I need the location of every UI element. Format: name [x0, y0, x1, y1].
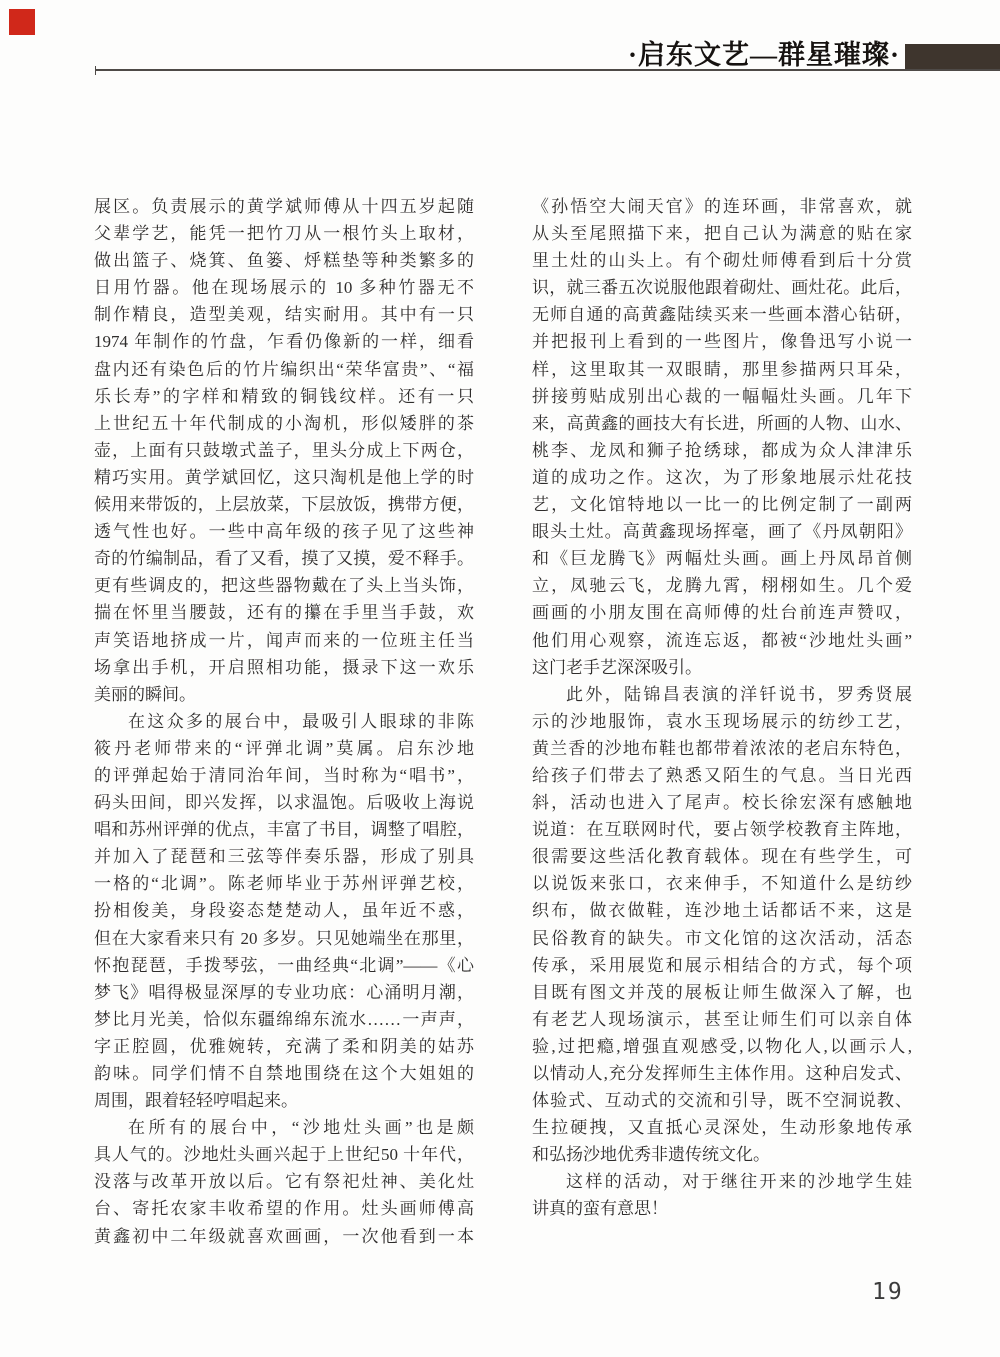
text-line: 讲真的蛮有意思！	[532, 1195, 912, 1222]
text-line: 制作精良，造型美观，结实耐用。其中有一只	[94, 301, 474, 328]
text-line: 拼接剪贴成别出心裁的一幅幅灶头画。几年下	[532, 383, 912, 410]
text-line: 识，就三番五次说服他跟着砌灶、画灶花。此后，	[532, 274, 912, 301]
header-corner-block	[905, 44, 1000, 70]
text-line: 梦飞》唱得极显深厚的专业功底：心涌明月潮，	[94, 979, 474, 1006]
text-line: 艺，文化馆特地以一比一的比例定制了一副两	[532, 491, 912, 518]
text-line: 道的成功之作。这次，为了形象地展示灶花技	[532, 464, 912, 491]
text-line: 奇的竹编制品，看了又看，摸了又摸，爱不释手。	[94, 545, 474, 572]
text-column-right: 《孙悟空大闹天官》的连环画，非常喜欢，就从头至尾照描下来，把自己认为满意的贴在家…	[532, 193, 912, 1223]
text-line: 生拉硬拽，又直抵心灵深处，生动形象地传承	[532, 1114, 912, 1141]
text-line: 斜，活动也进入了尾声。校长徐宏深有感触地	[532, 789, 912, 816]
text-line: 并加入了琵琶和三弦等伴奏乐器，形成了别具	[94, 843, 474, 870]
header-rule-line	[95, 69, 1000, 71]
text-line: 样，这里取其一双眼睛，那里参描两只耳朵，	[532, 356, 912, 383]
text-line: 在所有的展台中，“沙地灶头画”也是颇	[94, 1114, 474, 1141]
text-line: 织布，做衣做鞋，连沙地土话都话不来，这是	[532, 897, 912, 924]
text-line: 《孙悟空大闹天官》的连环画，非常喜欢，就	[532, 193, 912, 220]
page-header-title: ·启东文艺—群星璀璨·	[90, 33, 900, 72]
text-line: 的评弹起始于清同治年间，当时称为“唱书”，	[94, 762, 474, 789]
text-line: 给孩子们带去了熟悉又陌生的气息。当日光西	[532, 762, 912, 789]
text-line: 候用来带饭的，上层放菜，下层放饭，携带方便，	[94, 491, 474, 518]
text-line: 在这众多的展台中，最吸引人眼球的非陈	[94, 708, 474, 735]
text-line: 1974 年制作的竹盘，乍看仍像新的一样，细看	[94, 328, 474, 355]
text-line: 以说饭来张口，衣来伸手，不知道什么是纺纱	[532, 870, 912, 897]
text-line: 一格的“北调”。陈老师毕业于苏州评弹艺校，	[94, 870, 474, 897]
text-line: 做出篮子、烧箕、鱼篓、烀糕垫等种类繁多的	[94, 247, 474, 274]
text-line: 并把报刊上看到的一些图片，像鲁迅写小说一	[532, 328, 912, 355]
text-line: 立，凤驰云飞，龙腾九霄，栩栩如生。几个爱	[532, 572, 912, 599]
text-line: 揣在怀里当腰鼓，还有的攥在手里当手鼓，欢	[94, 599, 474, 626]
text-line: 韵味。同学们情不自禁地围绕在这个大姐姐的	[94, 1060, 474, 1087]
text-line: 黄鑫初中二年级就喜欢画画，一次他看到一本	[94, 1223, 474, 1250]
text-line: 此外，陆锦昌表演的洋钎说书，罗秀贤展	[532, 681, 912, 708]
text-line: 这样的活动，对于继往开来的沙地学生娃	[532, 1168, 912, 1195]
text-line: 没落与改革开放以后。它有祭祀灶神、美化灶	[94, 1168, 474, 1195]
text-line: 黄兰香的沙地布鞋也都带着浓浓的老启东特色，	[532, 735, 912, 762]
text-line: 以情动人,充分发挥师生主体作用。这种启发式、	[532, 1060, 912, 1087]
text-line: 传承，采用展览和展示相结合的方式，每个项	[532, 952, 912, 979]
text-line: 盘内还有染色后的竹片编织出“荣华富贵”、“福	[94, 356, 474, 383]
text-line: 码头田间，即兴发挥，以求温饱。后吸收上海说	[94, 789, 474, 816]
text-line: 很需要这些活化教育载体。现在有些学生，可	[532, 843, 912, 870]
text-line: 日用竹器。他在现场展示的 10 多种竹器无不	[94, 274, 474, 301]
text-line: 体验式、互动式的交流和引导，既不空洞说教、	[532, 1087, 912, 1114]
text-line: 字正腔圆，优雅婉转，充满了柔和阴美的姑苏	[94, 1033, 474, 1060]
text-line: 从头至尾照描下来，把自己认为满意的贴在家	[532, 220, 912, 247]
text-line: 他们用心观察，流连忘返，都被“沙地灶头画”	[532, 627, 912, 654]
text-line: 周围，跟着轻轻哼唱起来。	[94, 1087, 474, 1114]
text-line: 精巧实用。黄学斌回忆，这只淘机是他上学的时	[94, 464, 474, 491]
text-line: 上世纪五十年代制成的小淘机，形似矮胖的茶	[94, 410, 474, 437]
magazine-page: ·启东文艺—群星璀璨· 展区。负责展示的黄学斌师傅从十四五岁起随父辈学艺，能凭一…	[0, 0, 1000, 1357]
text-line: 里土灶的山头上。有个砌灶师傅看到后十分赏	[532, 247, 912, 274]
text-line: 来，高黄鑫的画技大有长进，所画的人物、山水、	[532, 410, 912, 437]
text-line: 说道：在互联网时代，要占领学校教育主阵地，	[532, 816, 912, 843]
text-line: 这门老手艺深深吸引。	[532, 654, 912, 681]
text-line: 画画的小朋友围在高师傅的灶台前连声赞叹，	[532, 599, 912, 626]
text-line: 扮相俊美，身段姿态楚楚动人，虽年近不惑，	[94, 897, 474, 924]
text-line: 目既有图文并茂的展板让师生做深入了解，也	[532, 979, 912, 1006]
text-line: 眼头土灶。高黄鑫现场挥毫，画了《丹凤朝阳》	[532, 518, 912, 545]
text-line: 美丽的瞬间。	[94, 681, 474, 708]
header-rule-tick	[95, 66, 96, 75]
text-line: 无师自通的高黄鑫陆续买来一些画本潜心钻研，	[532, 301, 912, 328]
text-line: 和弘扬沙地优秀非遗传统文化。	[532, 1141, 912, 1168]
text-line: 台、寄托农家丰收希望的作用。灶头画师傅高	[94, 1195, 474, 1222]
text-line: 民俗教育的缺失。市文化馆的这次活动，活态	[532, 925, 912, 952]
text-line: 壶，上面有只鼓墩式盖子，里头分成上下两仓，	[94, 437, 474, 464]
red-corner-mark	[9, 9, 35, 35]
text-line: 父辈学艺，能凭一把竹刀从一根竹头上取材，	[94, 220, 474, 247]
text-line: 透气性也好。一些中高年级的孩子见了这些神	[94, 518, 474, 545]
text-line: 唱和苏州评弹的优点，丰富了书目，调整了唱腔，	[94, 816, 474, 843]
text-line: 梦比月光美，恰似东疆绵绵东流水……一声声，	[94, 1006, 474, 1033]
text-line: 具人气的。沙地灶头画兴起于上世纪50 十年代，	[94, 1141, 474, 1168]
text-line: 声笑语地挤成一片，闻声而来的一位班主任当	[94, 627, 474, 654]
text-line: 示的沙地服饰，袁水玉现场展示的纺纱工艺，	[532, 708, 912, 735]
text-line: 但在大家看来只有 20 多岁。只见她端坐在那里，	[94, 925, 474, 952]
page-number: 19	[872, 1279, 904, 1305]
text-line: 有老艺人现场演示，甚至让师生们可以亲自体	[532, 1006, 912, 1033]
text-line: 更有些调皮的，把这些器物戴在了头上当头饰，	[94, 572, 474, 599]
text-line: 桃李、龙凤和狮子抢绣球，都成为众人津津乐	[532, 437, 912, 464]
text-line: 乐长寿”的字样和精致的铜钱纹样。还有一只	[94, 383, 474, 410]
text-line: 和《巨龙腾飞》两幅灶头画。画上丹凤昂首侧	[532, 545, 912, 572]
text-line: 怀抱琵琶，手拨琴弦，一曲经典“北调”——《心	[94, 952, 474, 979]
text-column-left: 展区。负责展示的黄学斌师傅从十四五岁起随父辈学艺，能凭一把竹刀从一根竹头上取材，…	[94, 193, 474, 1250]
text-line: 场拿出手机，开启照相功能，摄录下这一欢乐	[94, 654, 474, 681]
text-line: 验,过把瘾,增强直观感受,以物化人,以画示人,	[532, 1033, 912, 1060]
text-line: 展区。负责展示的黄学斌师傅从十四五岁起随	[94, 193, 474, 220]
text-line: 筱丹老师带来的“评弹北调”莫属。启东沙地	[94, 735, 474, 762]
